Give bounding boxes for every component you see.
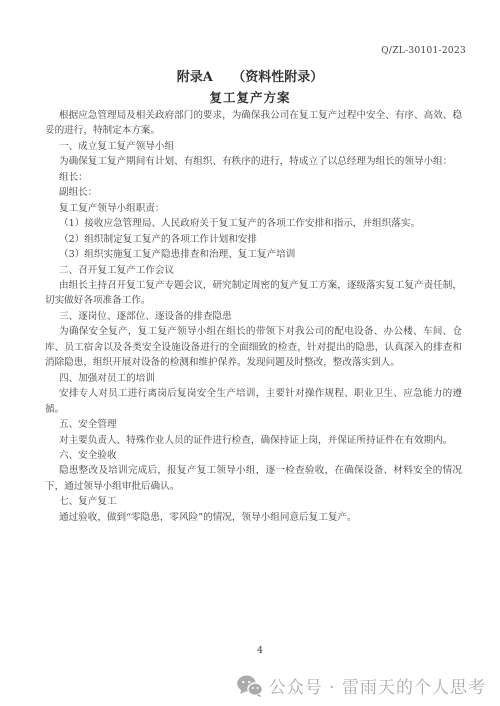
paragraph: 五、安全管理 <box>45 417 462 432</box>
paragraph: 组长： <box>45 170 462 185</box>
watermark-text: 公众号 · 雷雨天的个人思考 <box>269 673 486 698</box>
paragraph: 七、复产复工 <box>45 494 462 509</box>
paragraph: 副组长： <box>45 185 462 200</box>
paragraph: （2）组织制定复工复产的各项工作计划和安排 <box>45 232 462 247</box>
paragraph: 安排专人对员工进行离岗后复岗安全生产培训，主要针对操作规程、职业卫生、应急能力的… <box>45 386 462 417</box>
paragraph: 对主要负责人、特殊作业人员的证件进行检查，确保持证上岗，并保证所持证件在有效期内… <box>45 433 462 448</box>
paragraph: 为确保复工复产期间有计划、有组织、有秩序的进行，特成立了以总经理为组长的领导小组… <box>45 154 462 169</box>
appendix-title: 附录A （资料性附录） <box>0 66 500 85</box>
paragraph: 由组长主持召开复工复产专题会议，研究制定周密的复产复工方案，逐级落实复工复产责任… <box>45 278 462 309</box>
document-body: 根据应急管理局及相关政府部门的要求，为确保我公司在复工复产过程中安全、有序、高效… <box>45 108 462 525</box>
paragraph: 根据应急管理局及相关政府部门的要求，为确保我公司在复工复产过程中安全、有序、高效… <box>45 108 462 139</box>
paragraph: 隐患整改及培训完成后，报复产复工领导小组，逐一检查验收，在确保设备、材料安全的情… <box>45 463 462 494</box>
document-title: 复工复产方案 <box>0 88 500 106</box>
wechat-icon <box>237 675 263 697</box>
paragraph: 复工复产领导小组职责： <box>45 201 462 216</box>
paragraph: 四、加强对员工的培训 <box>45 371 462 386</box>
paragraph: 为确保安全复产，复工复产领导小组在组长的带领下对我公司的配电设备、办公楼、车间、… <box>45 324 462 370</box>
paragraph: 通过验收，做到“零隐患，零风险”的情况，领导小组同意后复工复产。 <box>45 510 462 525</box>
paragraph: （3）组织实施复工复产隐患排查和治理、复工复产培训 <box>45 247 462 262</box>
paragraph: （1）接收应急管理局、人民政府关于复工复产的各项工作安排和指示，并组织落实。 <box>45 216 462 231</box>
document-page: Q/ZL-30101-2023 附录A （资料性附录） 复工复产方案 根据应急管… <box>0 0 500 706</box>
paragraph: 二、召开复工复产工作会议 <box>45 263 462 278</box>
watermark: 公众号 · 雷雨天的个人思考 <box>237 673 486 698</box>
page-number: 4 <box>0 645 500 656</box>
document-code: Q/ZL-30101-2023 <box>381 46 466 56</box>
paragraph: 一、成立复工复产领导小组 <box>45 139 462 154</box>
paragraph: 三、逐岗位、逐部位、逐设备的排查隐患 <box>45 309 462 324</box>
paragraph: 六、安全验收 <box>45 448 462 463</box>
